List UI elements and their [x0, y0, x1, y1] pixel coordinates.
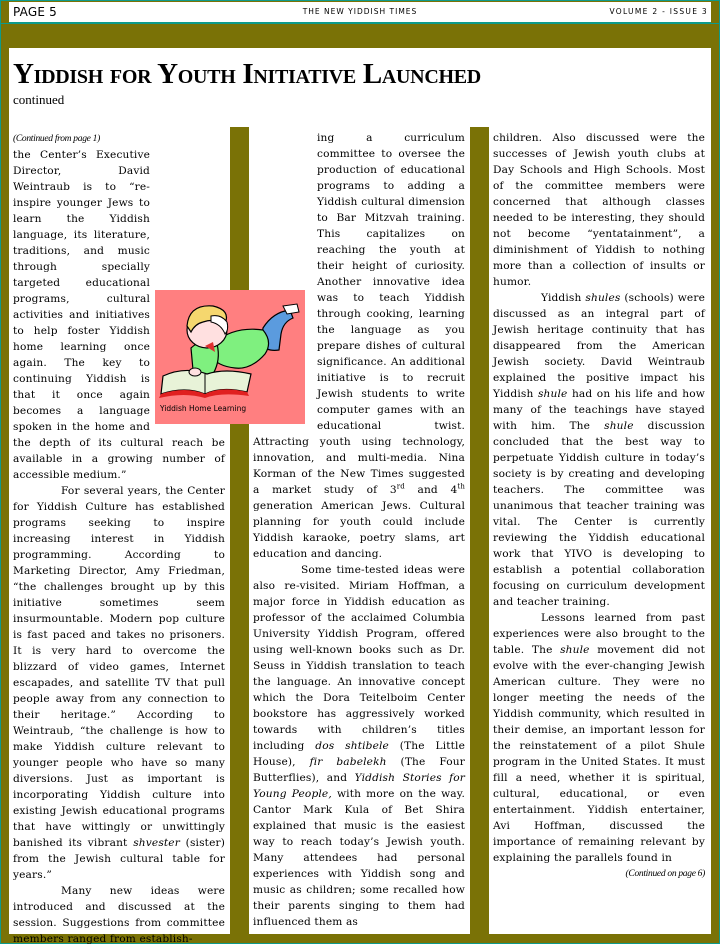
- paragraph: children. Also discussed were the succes…: [493, 130, 705, 290]
- continued-from-link[interactable]: (Continued from page 1): [13, 134, 100, 144]
- header-divider: [0, 23, 720, 24]
- illustration-boy-reading: Yiddish Home Learning: [155, 290, 305, 424]
- article-subtitle: continued: [13, 92, 64, 108]
- article: Yiddish for Youth Initiative Launched co…: [9, 48, 711, 934]
- newspaper-name: THE NEW YIDDISH TIMES: [9, 7, 711, 16]
- continued-on-link[interactable]: (Continued on page 6): [493, 866, 705, 882]
- running-header: PAGE 5 THE NEW YIDDISH TIMES VOLUME 2 - …: [9, 2, 711, 23]
- figure-caption: Yiddish Home Learning: [160, 404, 246, 413]
- column-gutter-1: [230, 127, 249, 934]
- paragraph: Lessons learned from past experiences we…: [493, 610, 705, 866]
- paragraph: Yiddish shules (schools) were discussed …: [493, 290, 705, 610]
- article-column-1: (Continued from page 1) the Center’s Exe…: [13, 130, 225, 944]
- paragraph: Some time-tested ideas were also re-visi…: [253, 562, 465, 930]
- article-column-2: ing a curriculum committee to oversee th…: [253, 130, 465, 930]
- paragraph: Many new ideas were introduced and discu…: [13, 883, 225, 944]
- paragraph: For several years, the Center for Yiddis…: [13, 483, 225, 883]
- issue-label: VOLUME 2 - ISSUE 3: [609, 7, 708, 16]
- column-gutter-2: [470, 127, 489, 934]
- article-column-3: children. Also discussed were the succes…: [493, 130, 705, 882]
- article-title: Yiddish for Youth Initiative Launched: [13, 58, 481, 91]
